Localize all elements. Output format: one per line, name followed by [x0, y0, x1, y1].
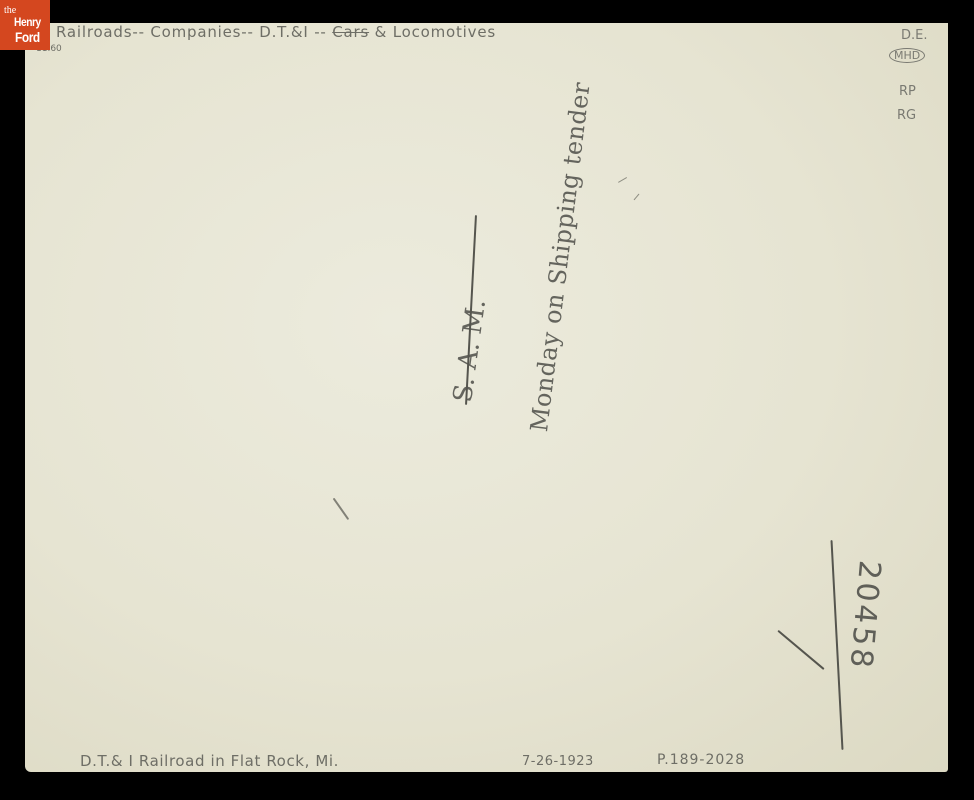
bottom-caption: D.T.& I Railroad in Flat Rock, Mi. [80, 752, 339, 770]
initials-circled: MHD [889, 48, 925, 63]
initials-rp: RP [899, 84, 916, 99]
subject-heading-main: Railroads-- Companies-- D.T.&I -- [56, 23, 327, 41]
subject-heading-struck: Cars [332, 23, 369, 41]
corner-initials: D.E. MHD RP RG [885, 28, 945, 138]
subject-heading-rest: & Locomotives [375, 23, 496, 41]
initials-rg: RG [897, 108, 916, 123]
logo-ford: Ford [15, 30, 40, 44]
subject-heading: Railroads-- Companies-- D.T.&I -- Cars &… [56, 23, 496, 41]
initials-de: D.E. [901, 28, 928, 43]
henry-ford-logo: the Henry Ford [0, 0, 50, 50]
bottom-date: 7-26-1923 [522, 754, 594, 769]
photo-verso-paper [25, 23, 948, 772]
accession-number: P.189-2028 [657, 752, 745, 768]
logo-henry: Henry [14, 16, 41, 28]
